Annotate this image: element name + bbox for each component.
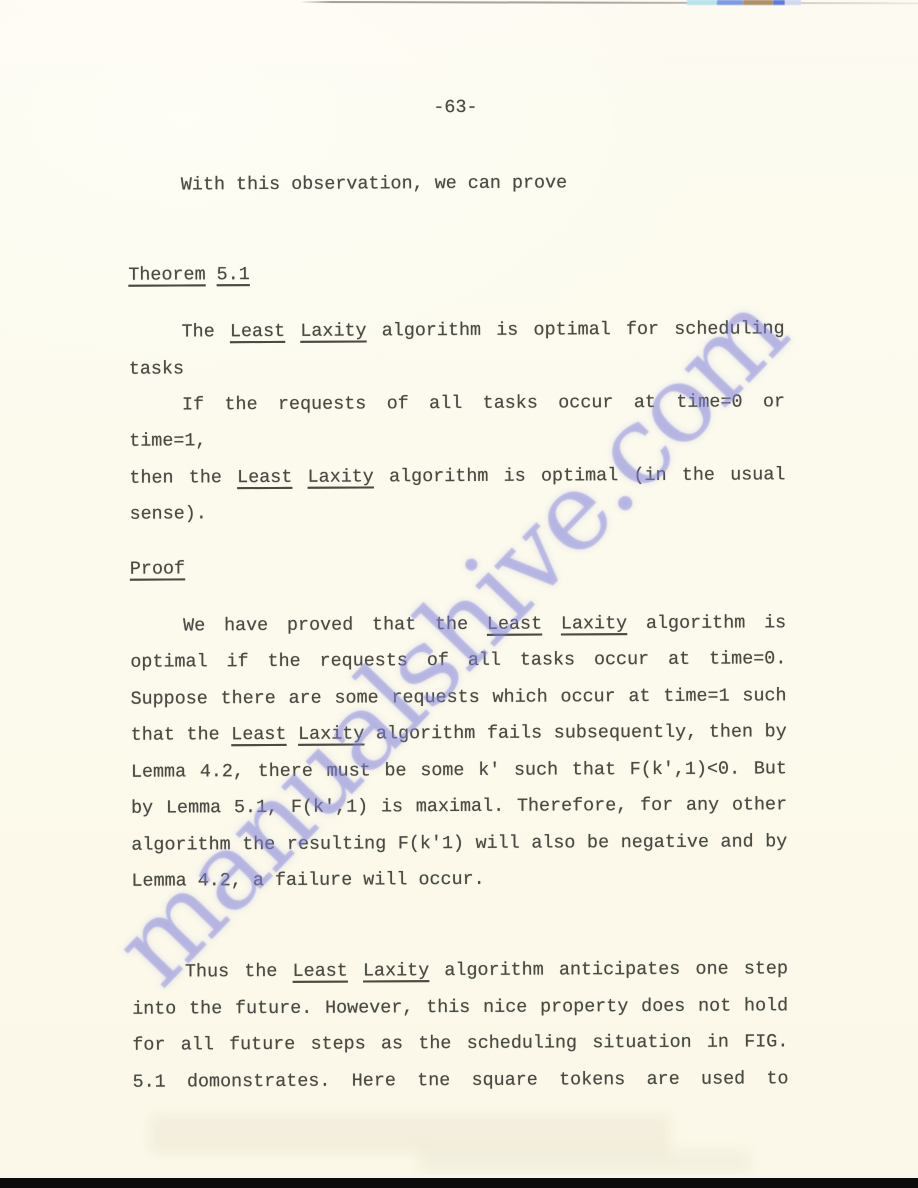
text-run: Lemma 4.2, a failure will occur.: [131, 869, 484, 892]
text-run: Lemma 4.2, there must be some k' such th…: [131, 758, 787, 782]
text-run: [542, 614, 561, 635]
scan-top-edge-line: [300, 1, 918, 4]
text-line: for all future steps as the scheduling s…: [132, 1024, 788, 1064]
bleed-through-smudge: [420, 1150, 750, 1174]
text-line: We have proved that the Least Laxity alg…: [130, 605, 786, 645]
text-run: algorithm is optimal (in the usual: [374, 464, 786, 487]
text-run: Thus the: [185, 961, 293, 983]
text-run: Suppose there are some requests which oc…: [130, 685, 786, 709]
page-number: -63-: [127, 88, 783, 128]
underlined-text: Least: [293, 961, 348, 982]
text-line: Lemma 4.2, a failure will occur.: [131, 860, 787, 900]
text-run: algorithm anticipates one step: [429, 959, 788, 982]
text-line: Thus the Least Laxity algorithm anticipa…: [132, 952, 788, 992]
scan-strip-segment-cyan: [687, 0, 717, 5]
text-run: optimal if the requests of all tasks occ…: [130, 649, 786, 673]
underlined-text: Proof: [130, 558, 185, 579]
text-run: by Lemma 5.1, F(k',1) is maximal. Theref…: [131, 794, 787, 818]
text-run: into the future. However, this nice prop…: [132, 995, 788, 1019]
text-run: algorithm is optimal for scheduling: [366, 319, 784, 342]
underlined-text: Laxity: [308, 466, 374, 487]
text-line: by Lemma 5.1, F(k',1) is maximal. Theref…: [131, 787, 787, 827]
text-run: -63-: [433, 97, 477, 118]
scan-strip-segment-fade: [785, 0, 801, 5]
text-run: algorithm fails subsequently, then by: [364, 722, 787, 745]
section-heading: Theorem 5.1: [128, 254, 784, 294]
text-run: [286, 724, 298, 745]
text-run: We have proved that the: [183, 614, 487, 637]
text-line: Suppose there are some requests which oc…: [130, 678, 786, 718]
typewritten-text-column: -63-With this observation, we can proveT…: [127, 88, 788, 1100]
scan-strip-segment-blue: [773, 0, 785, 5]
text-line: into the future. However, this nice prop…: [132, 988, 788, 1028]
underlined-text: 5.1: [217, 264, 250, 285]
underlined-text: Laxity: [298, 724, 364, 745]
text-run: sense).: [130, 504, 207, 525]
text-line: sense).: [129, 494, 785, 534]
text-run: algorithm is: [627, 612, 786, 634]
text-run: [285, 321, 300, 342]
text-line: then the Least Laxity algorithm is optim…: [129, 457, 785, 497]
text-run: [206, 264, 217, 285]
text-run: tasks: [129, 358, 184, 379]
text-run: With this observation, we can prove: [181, 173, 567, 196]
underlined-text: Theorem: [128, 264, 205, 285]
text-line: If the requests of all tasks occur at ti…: [129, 384, 785, 460]
text-line: 5.1 domonstrates. Here tne square tokens…: [132, 1061, 788, 1101]
text-run: If the requests of all tasks occur at ti…: [129, 391, 785, 452]
scan-strip-segment-tan: [743, 0, 773, 5]
text-run: algorithm the resulting F(k'1) will also…: [131, 831, 787, 855]
underlined-text: Least: [230, 321, 285, 342]
underlined-text: Laxity: [300, 321, 366, 342]
text-line: Lemma 4.2, there must be some k' such th…: [131, 751, 787, 791]
underlined-text: Least: [487, 614, 542, 635]
text-run: that the: [131, 724, 232, 746]
text-line: that the Least Laxity algorithm fails su…: [131, 715, 787, 755]
bleed-through-smudge: [150, 1115, 670, 1153]
underlined-text: Laxity: [561, 613, 627, 634]
scan-strip-segment-periwinkle: [717, 0, 743, 5]
text-run: for all future steps as the scheduling s…: [132, 1031, 788, 1055]
underlined-text: Least: [231, 724, 286, 745]
text-run: [348, 961, 363, 982]
text-line: The Least Laxity algorithm is optimal fo…: [129, 312, 785, 352]
scanned-document-page: -63-With this observation, we can proveT…: [0, 0, 918, 1188]
text-line: algorithm the resulting F(k'1) will also…: [131, 824, 787, 864]
text-line: With this observation, we can prove: [128, 165, 784, 205]
text-line: optimal if the requests of all tasks occ…: [130, 642, 786, 682]
text-run: 5.1 domonstrates. Here tne square tokens…: [132, 1068, 788, 1092]
text-line: tasks: [129, 348, 785, 388]
scan-color-strip: [687, 0, 801, 5]
underlined-text: Least: [237, 467, 292, 488]
text-run: then the: [129, 467, 237, 489]
text-run: The: [182, 321, 230, 342]
scan-bottom-edge-bar: [0, 1178, 918, 1188]
underlined-text: Laxity: [363, 960, 429, 981]
section-heading: Proof: [130, 548, 786, 588]
text-run: [292, 467, 307, 488]
